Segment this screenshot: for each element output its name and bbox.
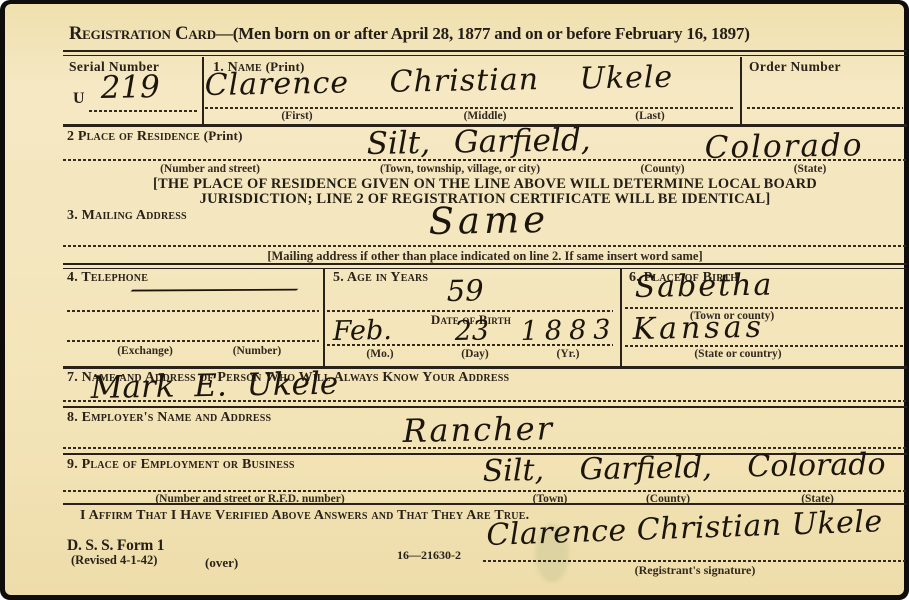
mailing-value: Same <box>428 198 549 243</box>
employment-value: Silt, Garfield, Colorado <box>482 447 885 489</box>
contact-bottom-rule <box>63 406 907 408</box>
form-revision: (Revised 4-1-42) <box>71 553 157 568</box>
residence-line <box>63 159 907 161</box>
signature-label: (Registrant's signature) <box>605 563 785 578</box>
serial-line <box>89 110 197 112</box>
signature-line <box>483 560 905 562</box>
name-middle-label: (Middle) <box>435 110 535 122</box>
birth-town-value: Sabetha <box>634 268 773 305</box>
contact-line <box>63 400 907 402</box>
card-title: Registration Card <box>69 24 216 44</box>
birth-year-value: 1883 <box>520 314 617 347</box>
residence-print-hint: (Print) <box>204 128 243 143</box>
name-line <box>205 107 735 109</box>
telephone-number-label: (Number) <box>207 345 307 357</box>
serial-prefix: U <box>73 90 85 108</box>
birth-state-value: Kansas <box>632 310 765 347</box>
name-last-label: (Last) <box>610 110 690 122</box>
print-code: 16—21630-2 <box>397 548 461 563</box>
serial-value: 219 <box>100 69 160 106</box>
table-divider-left <box>323 268 325 366</box>
age-label: Age in Years <box>347 270 428 285</box>
mailing-label: Mailing Address <box>82 208 187 223</box>
birth-month-value: Feb. <box>332 315 392 347</box>
order-number-line <box>747 107 903 109</box>
residence-town-label: (Town, township, village, or city) <box>335 163 585 175</box>
birth-state-label: (State or country) <box>655 348 821 360</box>
mailing-hint: [Mailing address if other than place ind… <box>63 249 907 264</box>
birth-town-line <box>625 307 903 309</box>
registration-card-scan: Registration Card—(Men born on or after … <box>0 0 909 600</box>
telephone-value: — <box>119 271 308 305</box>
residence-town-county-value: Silt, Garfield, <box>366 122 591 162</box>
telephone-exchange-label: (Exchange) <box>95 345 195 357</box>
mailing-bottom-rule <box>63 263 907 269</box>
telephone-line1 <box>67 310 319 312</box>
residence-street-label: (Number and street) <box>135 163 285 175</box>
dob-month-label: (Mo.) <box>335 348 425 360</box>
dob-day-label: (Day) <box>430 348 520 360</box>
dob-line <box>327 344 613 346</box>
age-number-prefix: 5. <box>333 270 344 285</box>
employer-label: Employer's Name and Address <box>82 410 272 425</box>
residence-label: Place of Residence <box>78 129 200 144</box>
employment-number-prefix: 9. <box>67 457 78 472</box>
birth-day-value: 23 <box>454 315 489 347</box>
mailing-number: 3. <box>67 208 78 223</box>
telephone-number-prefix: 4. <box>67 270 78 285</box>
affirmation-text: I Affirm That I Have Verified Above Answ… <box>80 508 529 524</box>
header-rule <box>63 50 907 56</box>
order-number-label: Order Number <box>749 59 841 75</box>
telephone-line2 <box>67 340 319 342</box>
card-subtitle: —(Men born on or after April 28, 1877 an… <box>216 24 750 43</box>
age-value: 59 <box>446 273 483 308</box>
table-divider-right <box>620 268 622 366</box>
name-first-label: (First) <box>257 110 337 122</box>
mailing-line <box>63 245 907 247</box>
registration-card: Registration Card—(Men born on or after … <box>5 4 904 595</box>
contact-number-prefix: 7. <box>67 370 78 385</box>
dob-year-label: (Yr.) <box>523 348 613 360</box>
card-header: Registration Card—(Men born on or after … <box>69 24 750 45</box>
employment-line <box>63 490 907 492</box>
registrant-signature: Clarence Christian Ukele <box>486 504 883 553</box>
residence-state-label: (State) <box>765 163 855 175</box>
employer-value: Rancher <box>402 409 554 450</box>
employment-bottom-rule <box>63 503 907 505</box>
over-note: (over) <box>205 555 238 571</box>
employment-label: Place of Employment or Business <box>82 457 295 472</box>
residence-county-label: (County) <box>615 163 710 175</box>
employer-number-prefix: 8. <box>67 410 78 425</box>
residence-number: 2 <box>67 129 74 144</box>
row1-divider-right <box>740 57 742 125</box>
birth-state-line <box>625 345 903 347</box>
